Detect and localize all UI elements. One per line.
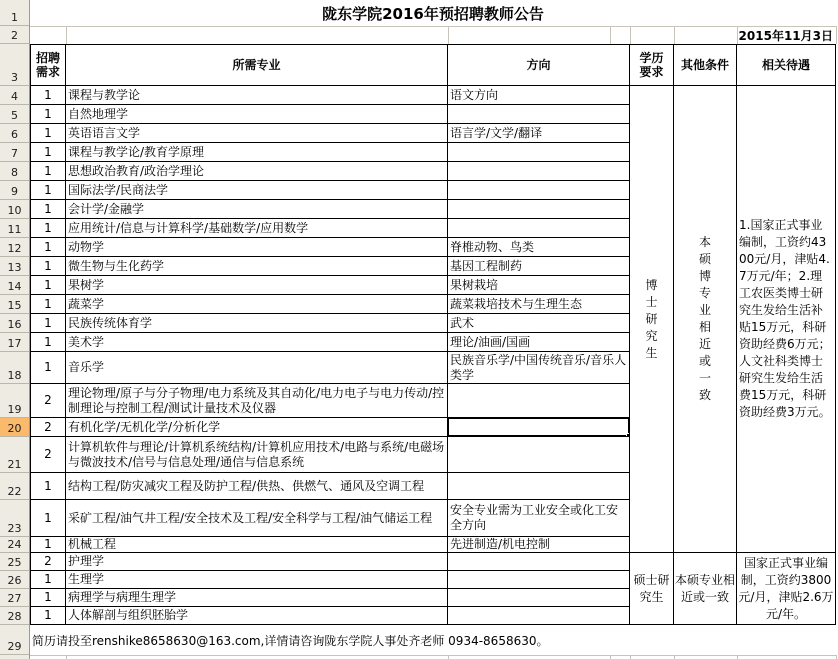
gridline	[30, 26, 836, 27]
direction-cell[interactable]	[448, 219, 630, 238]
header-recruit-count[interactable]: 招聘需求	[30, 44, 66, 86]
gridline	[674, 655, 675, 659]
gridline	[836, 26, 837, 44]
title-cell[interactable]: 陇东学院2016年预招聘教师公告	[30, 0, 836, 26]
contact-cell[interactable]: 简历请投至renshike8658630@163.com,详情请咨询陇东学院人事…	[30, 625, 836, 655]
recruit-count-cell[interactable]: 2	[30, 553, 66, 571]
row-header[interactable]: 23	[0, 500, 29, 537]
row-header[interactable]: 15	[0, 295, 29, 314]
major-cell[interactable]: 自然地理学	[66, 105, 448, 124]
direction-cell[interactable]	[448, 418, 630, 437]
other-doctor-text: 本硕博专业相近或一致	[698, 234, 712, 404]
direction-cell[interactable]	[448, 181, 630, 200]
direction-cell[interactable]	[448, 571, 630, 589]
recruit-count-cell[interactable]: 1	[30, 537, 66, 553]
major-cell[interactable]: 计算机软件与理论/计算机系统结构/计算机应用技术/电路与系统/电磁场与微波技术/…	[66, 437, 448, 473]
recruit-count-cell[interactable]: 1	[30, 257, 66, 276]
row-header[interactable]: 21	[0, 437, 29, 473]
direction-cell[interactable]	[448, 162, 630, 181]
row-header[interactable]: 7	[0, 143, 29, 162]
degree-cell-master[interactable]: 硕士研究生	[630, 553, 674, 625]
gridline	[66, 655, 67, 659]
header-degree[interactable]: 学历要求	[630, 44, 674, 86]
recruit-count-cell[interactable]: 1	[30, 352, 66, 384]
row-header[interactable]: 24	[0, 537, 29, 553]
direction-cell[interactable]: 语言学/文学/翻译	[448, 124, 630, 143]
direction-cell[interactable]	[448, 384, 630, 418]
gridline	[30, 655, 836, 656]
major-cell[interactable]: 理论物理/原子与分子物理/电力系统及其自动化/电力电子与电力传动/控制理论与控制…	[66, 384, 448, 418]
row-header[interactable]: 27	[0, 589, 29, 607]
other-conditions-cell-doctor[interactable]: 本硕博专业相近或一致	[674, 86, 737, 553]
major-cell[interactable]: 动物学	[66, 238, 448, 257]
row-header[interactable]: 13	[0, 257, 29, 276]
recruit-count-cell[interactable]: 1	[30, 86, 66, 105]
direction-cell[interactable]: 语文方向	[448, 86, 630, 105]
benefits-cell-doctor[interactable]: 1.国家正式事业编制，工资约4300元/月，津贴4.7万元/年；2.理工农医类博…	[737, 86, 836, 553]
recruit-count-cell[interactable]: 1	[30, 607, 66, 625]
recruit-count-cell[interactable]: 1	[30, 295, 66, 314]
major-cell[interactable]: 采矿工程/油气井工程/安全技术及工程/安全科学与工程/油气储运工程	[66, 500, 448, 537]
row-header[interactable]: 11	[0, 219, 29, 238]
gridline	[630, 655, 631, 659]
recruit-count-cell[interactable]: 1	[30, 219, 66, 238]
direction-cell[interactable]: 先进制造/机电控制	[448, 537, 630, 553]
row-header[interactable]: 19	[0, 384, 29, 418]
row-header[interactable]: 22	[0, 473, 29, 500]
recruit-count-cell[interactable]: 1	[30, 473, 66, 500]
major-cell[interactable]: 有机化学/无机化学/分析化学	[66, 418, 448, 437]
recruit-count-cell[interactable]: 1	[30, 276, 66, 295]
direction-cell[interactable]: 武术	[448, 314, 630, 333]
date-cell[interactable]: 2015年11月3日	[737, 26, 836, 44]
major-cell[interactable]: 生理学	[66, 571, 448, 589]
recruit-count-cell[interactable]: 1	[30, 571, 66, 589]
direction-cell[interactable]: 果树栽培	[448, 276, 630, 295]
recruit-count-cell[interactable]: 1	[30, 181, 66, 200]
gridline	[737, 655, 738, 659]
direction-cell[interactable]	[448, 473, 630, 500]
row-header[interactable]: 16	[0, 314, 29, 333]
recruit-count-cell[interactable]: 2	[30, 384, 66, 418]
gridline	[630, 26, 631, 44]
direction-cell[interactable]	[448, 553, 630, 571]
row-header[interactable]: 1	[0, 0, 29, 26]
gridline	[836, 655, 837, 659]
recruit-count-cell[interactable]: 2	[30, 437, 66, 473]
degree-cell-doctor[interactable]: 博士研究生	[630, 86, 674, 553]
row-header[interactable]: 29	[0, 625, 29, 655]
row-header[interactable]: 17	[0, 333, 29, 352]
direction-cell[interactable]: 脊椎动物、鸟类	[448, 238, 630, 257]
degree-doctor-text: 博士研究生	[645, 277, 659, 362]
direction-cell[interactable]	[448, 105, 630, 124]
spreadsheet-window: 1234567891011121314151617181920212223242…	[0, 0, 838, 659]
row-header[interactable]: 10	[0, 200, 29, 219]
direction-cell[interactable]: 理论/油画/国画	[448, 333, 630, 352]
recruit-count-cell[interactable]: 1	[30, 333, 66, 352]
header-benefits[interactable]: 相关待遇	[737, 44, 836, 86]
row-header[interactable]: 6	[0, 124, 29, 143]
recruit-count-cell[interactable]: 1	[30, 238, 66, 257]
row-header[interactable]: 26	[0, 571, 29, 589]
major-cell[interactable]: 民族传统体育学	[66, 314, 448, 333]
row-header[interactable]: 8	[0, 162, 29, 181]
header-degree-label: 学历要求	[639, 51, 665, 79]
major-cell[interactable]: 课程与教学论/教育学原理	[66, 143, 448, 162]
header-major[interactable]: 所需专业	[66, 44, 448, 86]
row-header[interactable]: 14	[0, 276, 29, 295]
major-cell[interactable]: 果树学	[66, 276, 448, 295]
major-cell[interactable]: 思想政治教育/政治学理论	[66, 162, 448, 181]
major-cell[interactable]: 应用统计/信息与计算科学/基础数学/应用数学	[66, 219, 448, 238]
row-header[interactable]: 2	[0, 26, 29, 44]
direction-cell[interactable]: 蔬菜栽培技术与生理生态	[448, 295, 630, 314]
major-cell[interactable]: 护理学	[66, 553, 448, 571]
other-conditions-cell-master[interactable]: 本硕专业相近或一致	[674, 553, 737, 625]
gridline	[448, 655, 449, 659]
direction-cell[interactable]	[448, 143, 630, 162]
recruit-count-cell[interactable]: 1	[30, 143, 66, 162]
row-header[interactable]: 18	[0, 352, 29, 384]
row-header[interactable]: 25	[0, 553, 29, 571]
direction-cell[interactable]: 安全专业需为工业安全或化工安全方向	[448, 500, 630, 537]
major-cell[interactable]: 人体解剖与组织胚胎学	[66, 607, 448, 625]
header-other-conditions[interactable]: 其他条件	[674, 44, 737, 86]
major-cell[interactable]: 国际法学/民商法学	[66, 181, 448, 200]
recruit-count-cell[interactable]: 1	[30, 162, 66, 181]
recruit-count-cell[interactable]: 1	[30, 314, 66, 333]
major-cell[interactable]: 美术学	[66, 333, 448, 352]
major-cell[interactable]: 机械工程	[66, 537, 448, 553]
major-cell[interactable]: 结构工程/防灾减灾工程及防护工程/供热、供燃气、通风及空调工程	[66, 473, 448, 500]
recruit-count-cell[interactable]: 1	[30, 105, 66, 124]
row-header[interactable]: 20	[0, 418, 29, 437]
gridline	[674, 26, 675, 44]
gridline	[66, 26, 67, 44]
sheet-area: 陇东学院2016年预招聘教师公告 2015年11月3日 招聘需求 所需专业 方向…	[30, 0, 838, 659]
major-cell[interactable]: 会计学/金融学	[66, 200, 448, 219]
row-header[interactable]: 3	[0, 44, 29, 86]
row-header[interactable]: 5	[0, 105, 29, 124]
direction-cell[interactable]	[448, 607, 630, 625]
major-cell[interactable]: 蔬菜学	[66, 295, 448, 314]
recruit-count-cell[interactable]: 1	[30, 200, 66, 219]
major-cell[interactable]: 英语语言文学	[66, 124, 448, 143]
row-header[interactable]: 28	[0, 607, 29, 625]
major-cell[interactable]: 微生物与生化药学	[66, 257, 448, 276]
major-cell[interactable]: 病理学与病理生理学	[66, 589, 448, 607]
direction-cell[interactable]: 民族音乐学/中国传统音乐/音乐人类学	[448, 352, 630, 384]
direction-cell[interactable]	[448, 589, 630, 607]
row-header[interactable]: 9	[0, 181, 29, 200]
header-direction[interactable]: 方向	[448, 44, 630, 86]
direction-cell[interactable]	[448, 437, 630, 473]
gridline	[610, 655, 611, 659]
gridline	[610, 26, 611, 44]
row-header-gutter: 1234567891011121314151617181920212223242…	[0, 0, 30, 659]
major-cell[interactable]: 课程与教学论	[66, 86, 448, 105]
recruit-count-cell[interactable]: 2	[30, 418, 66, 437]
recruit-count-cell[interactable]: 1	[30, 589, 66, 607]
recruit-count-cell[interactable]: 1	[30, 500, 66, 537]
direction-cell[interactable]: 基因工程制药	[448, 257, 630, 276]
major-cell[interactable]: 音乐学	[66, 352, 448, 384]
benefits-cell-master[interactable]: 国家正式事业编制，工资约3800元/月，津贴2.6万元/年。	[737, 553, 836, 625]
row-header[interactable]: 12	[0, 238, 29, 257]
gridline	[448, 26, 449, 44]
gridline	[737, 26, 738, 44]
recruit-count-cell[interactable]: 1	[30, 124, 66, 143]
direction-cell[interactable]	[448, 200, 630, 219]
row-header[interactable]: 4	[0, 86, 29, 105]
